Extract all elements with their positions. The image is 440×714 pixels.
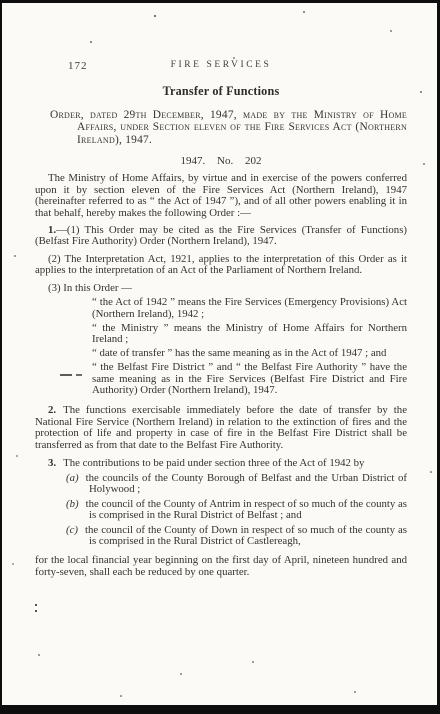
definition-act-of-1942: “ the Act of 1942 ” means the Fire Servi…	[92, 297, 407, 320]
definition-date-of-transfer: “ date of transfer ” has the same meanin…	[92, 348, 407, 359]
item-c-text: the council of the County of Down in res…	[85, 524, 407, 547]
scan-speck	[420, 91, 422, 93]
scanned-page: 172 FIRE SERVICES Transfer of Functions …	[2, 3, 437, 705]
scan-speck	[16, 455, 18, 457]
scan-speck	[180, 673, 182, 675]
scan-speck	[12, 563, 14, 565]
scan-speck	[303, 11, 305, 13]
scan-speck	[423, 163, 425, 165]
document-title: Transfer of Functions	[35, 84, 407, 99]
list-item-a: (a)the councils of the County Borough of…	[66, 473, 407, 496]
running-header: 172 FIRE SERVICES	[35, 60, 407, 73]
article-3-paragraph: 3.The contributions to be paid under sec…	[35, 458, 407, 469]
page-content: 172 FIRE SERVICES Transfer of Functions …	[35, 60, 407, 589]
article-1-citation: 1.—(1) This Order may be cited as the Fi…	[35, 225, 407, 248]
scan-speck	[233, 57, 235, 59]
definitions-list: “ the Act of 1942 ” means the Fire Servi…	[35, 297, 407, 396]
article-2-number: 2.	[48, 404, 56, 416]
item-b-marker: (b)	[66, 498, 79, 510]
scan-speck	[390, 30, 392, 32]
article-3-items: (a)the councils of the County Borough of…	[35, 473, 407, 548]
item-a-marker: (a)	[66, 472, 79, 484]
scan-speck	[14, 255, 16, 257]
pencil-margin-mark	[60, 374, 82, 377]
article-3-text: The contributions to be paid under secti…	[63, 457, 364, 469]
scan-speck	[90, 41, 92, 43]
running-head-title: FIRE SERVICES	[35, 60, 407, 70]
scan-speck	[252, 661, 254, 663]
definition-belfast-fire-district: “ the Belfast Fire District ” and “ the …	[92, 362, 407, 396]
article-3-number: 3.	[48, 457, 56, 469]
article-1-sub1-text: —(1) This Order may be cited as the Fire…	[35, 224, 407, 247]
page-number: 172	[68, 60, 88, 72]
intro-paragraph: The Ministry of Home Affairs, by virtue …	[35, 173, 407, 219]
item-c-marker: (c)	[66, 524, 78, 536]
article-2-text: The functions exercisable immediately be…	[35, 404, 407, 450]
item-b-text: the council of the County of Antrim in r…	[86, 498, 407, 521]
article-1-number: 1.	[48, 224, 56, 236]
article-1-sub3: (3) In this Order —	[35, 283, 407, 294]
scan-speck	[120, 695, 122, 697]
scan-speck	[38, 654, 40, 656]
scan-speck	[430, 471, 432, 473]
scan-speck	[154, 15, 156, 17]
order-recital: Order, dated 29th December, 1947, made b…	[50, 109, 407, 146]
list-item-b: (b)the council of the County of Antrim i…	[66, 499, 407, 522]
pencil-colon-mark	[35, 604, 37, 612]
article-1-sub2: (2) The Interpretation Act, 1921, applie…	[35, 254, 407, 277]
item-a-text: the councils of the County Borough of Be…	[86, 472, 407, 495]
article-3-closing: for the local financial year beginning o…	[35, 555, 407, 578]
definition-the-ministry: “ the Ministry ” means the Ministry of H…	[92, 323, 407, 346]
article-2-paragraph: 2.The functions exercisable immediately …	[35, 405, 407, 451]
order-reference: 1947. No. 202	[35, 155, 407, 167]
list-item-c: (c)the council of the County of Down in …	[66, 525, 407, 548]
scan-speck	[354, 691, 356, 693]
